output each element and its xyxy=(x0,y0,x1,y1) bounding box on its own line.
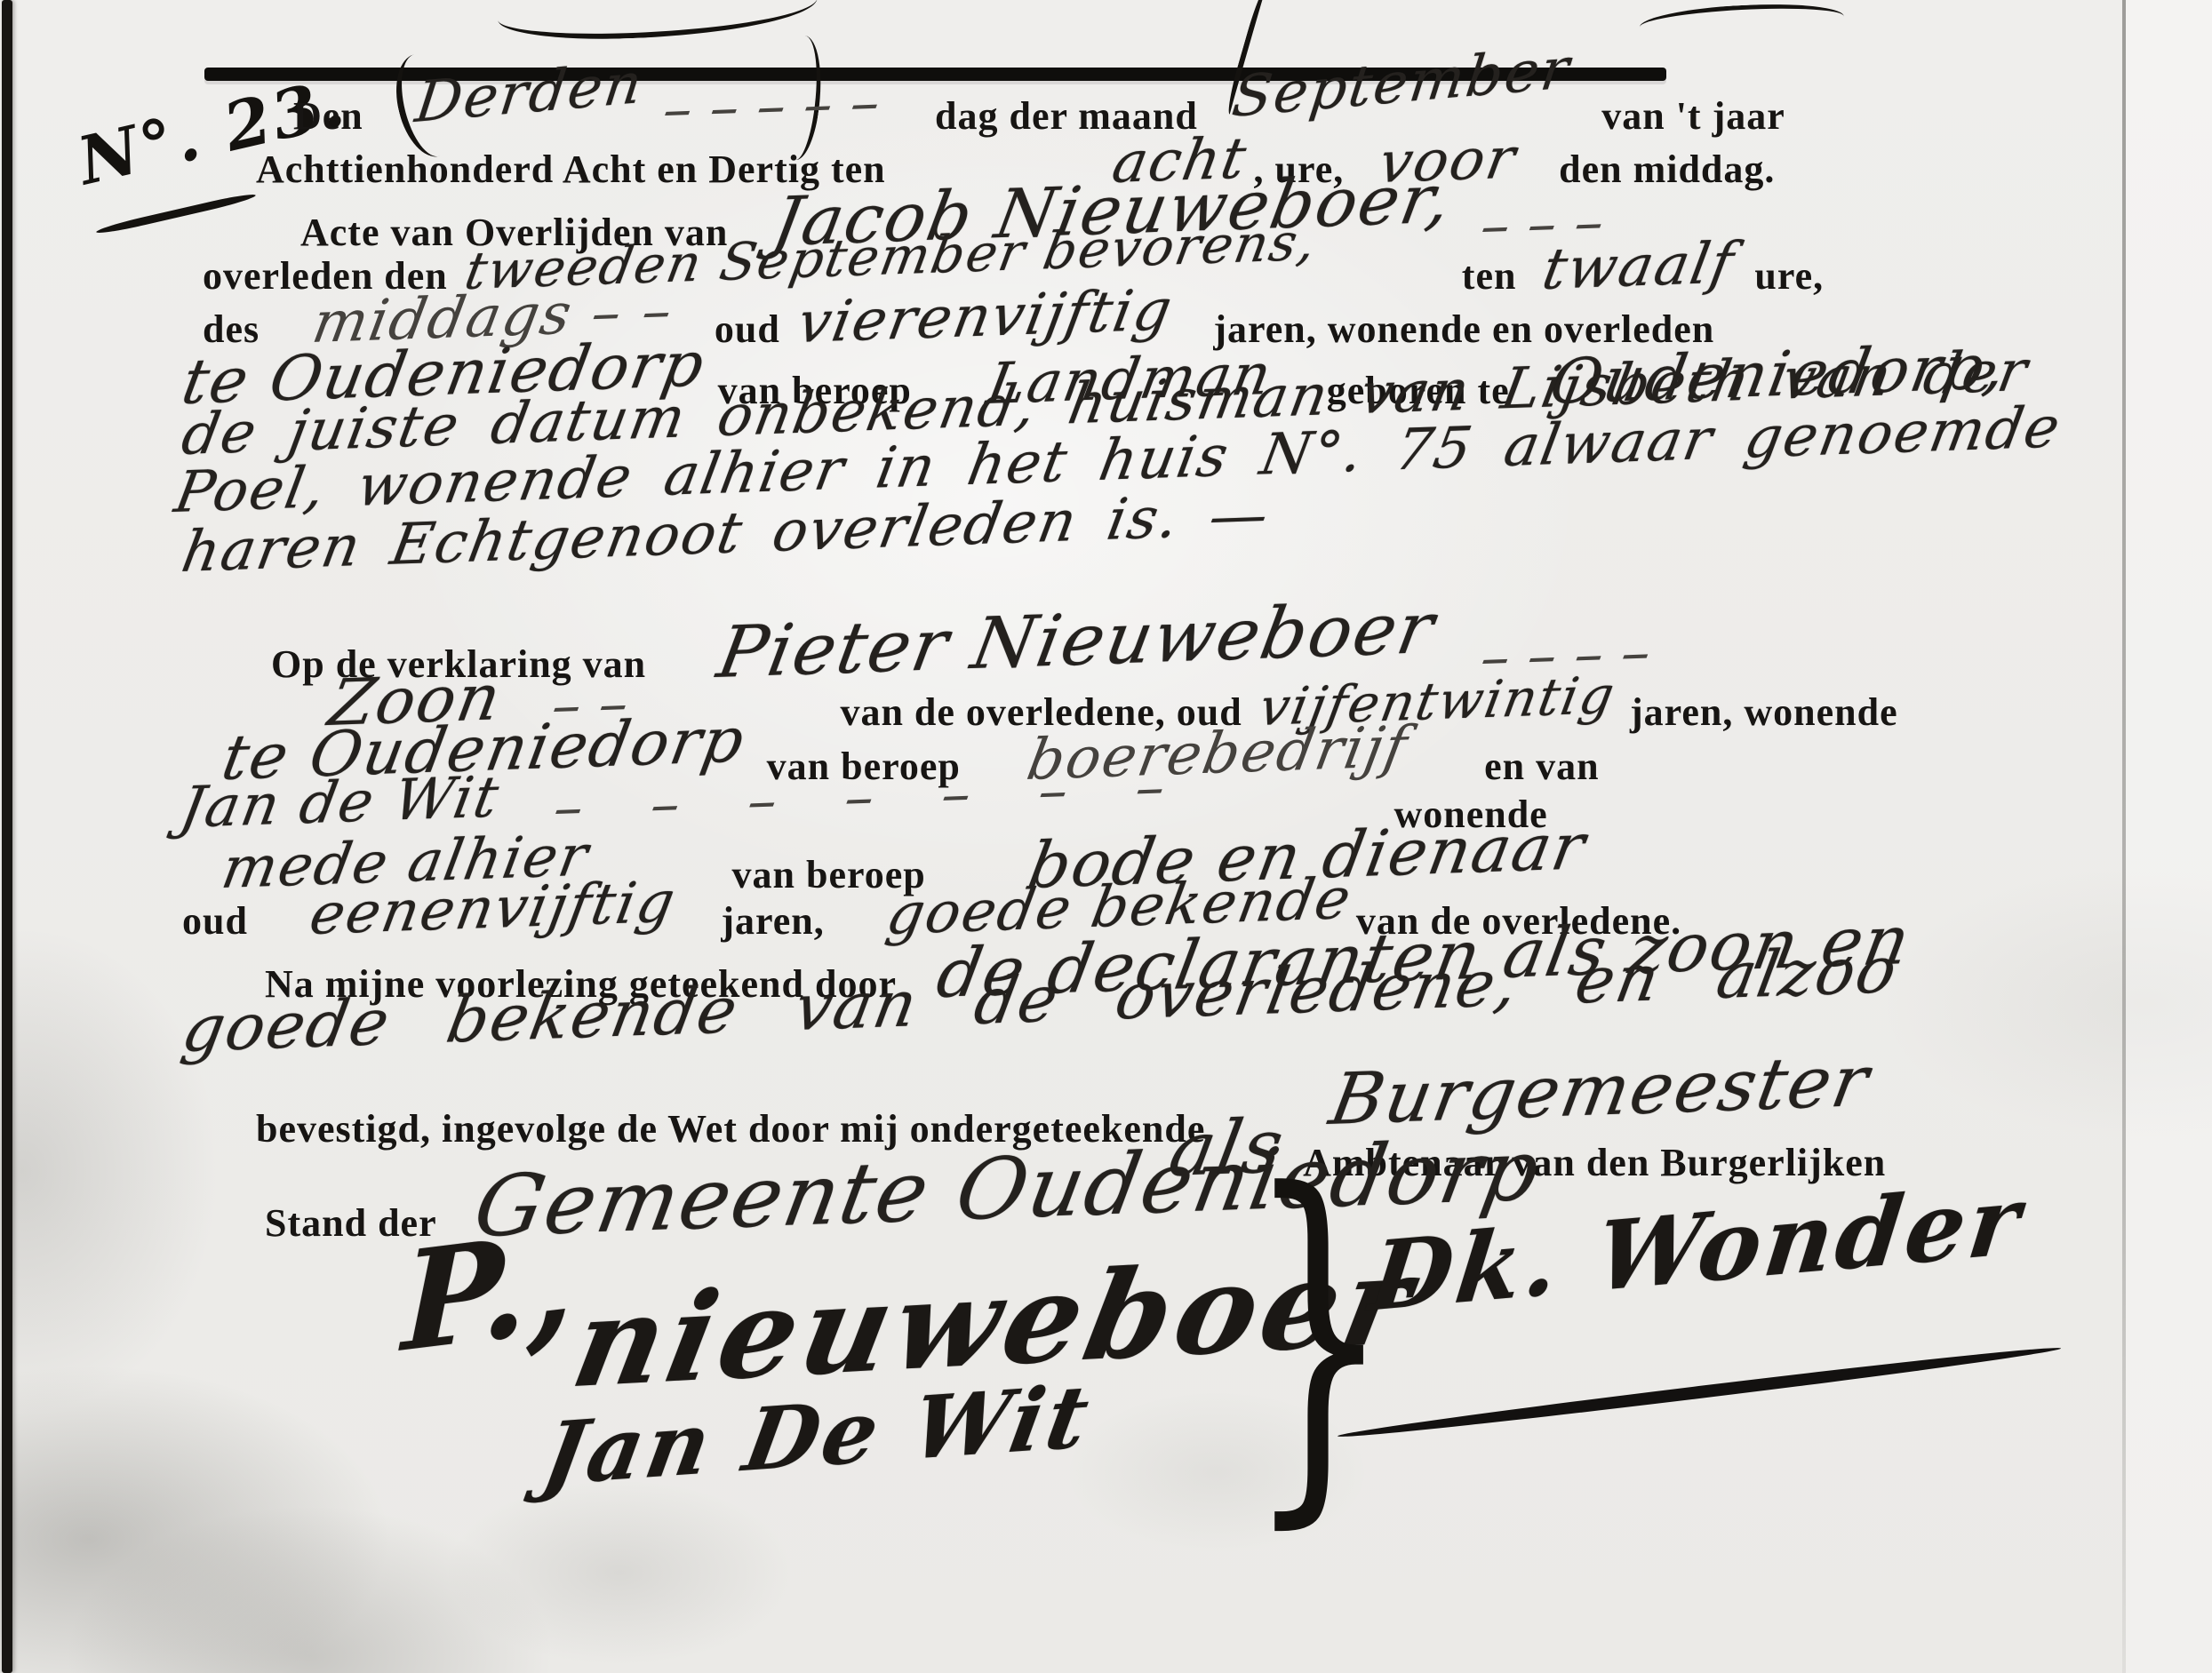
handwritten-death-hour: twaalf xyxy=(1538,235,1739,299)
printed-ten: ten xyxy=(1462,257,1517,296)
printed-oud: oud xyxy=(182,902,248,941)
death-certificate-page: N°. 23. Den Derden – – – – – dag der maa… xyxy=(0,0,2212,1673)
handwritten-dashes: – – – – – xyxy=(659,75,884,139)
printed-jaren-wonende: jaren, wonende xyxy=(1630,693,1898,732)
handwritten-age: vierenvijftig xyxy=(794,282,1178,352)
printed-den-middag: den middag. xyxy=(1559,150,1775,189)
page-margin-right xyxy=(2126,0,2212,1673)
printed-van-t-jaar: van 't jaar xyxy=(1601,97,1785,136)
signature-declarant1-initial: P., xyxy=(401,1213,575,1370)
handwritten-declarant2-age: eenenvijftig xyxy=(306,874,681,944)
act-number-underline xyxy=(95,191,256,235)
page-right-edge xyxy=(2122,0,2126,1673)
line-date: Den Derden – – – – – dag der maand Septe… xyxy=(293,82,1785,139)
line-echtgenoot: haren Echtgenoot overleden is. — xyxy=(178,524,1257,581)
printed-oud: oud xyxy=(715,310,780,349)
handwritten-declarant2-name: Jan de Wit xyxy=(176,769,504,837)
signature-flourish xyxy=(1337,1342,2062,1443)
printed-den: Den xyxy=(293,97,363,136)
printed-jaren: jaren, xyxy=(721,902,824,941)
handwritten-month: September xyxy=(1229,41,1574,126)
page-binding-edge xyxy=(2,0,12,1673)
ink-flourish xyxy=(497,0,819,43)
signature-brace: } xyxy=(1246,1146,1392,1528)
printed-ure: ure, xyxy=(1754,257,1824,296)
ink-flourish xyxy=(1639,0,1845,44)
